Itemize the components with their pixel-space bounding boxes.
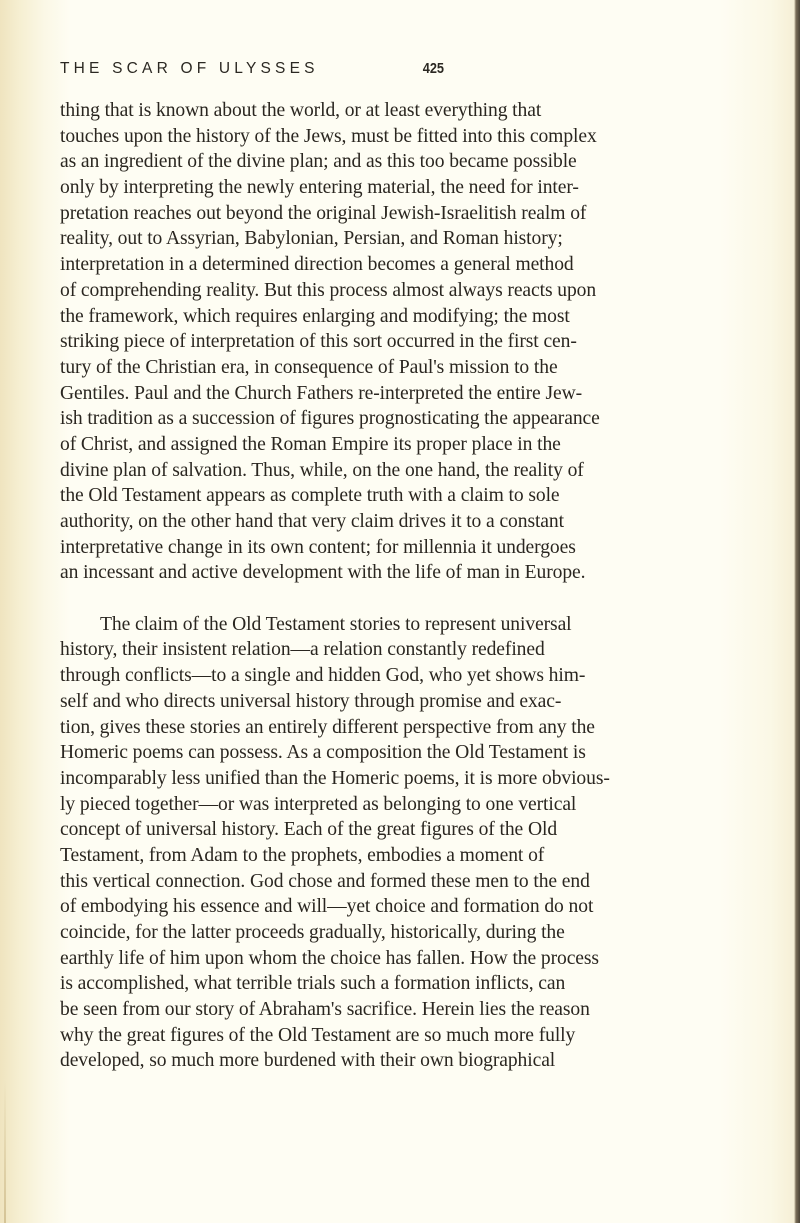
page-gutter-edge: [4, 1080, 6, 1223]
text-line: The claim of the Old Testament stories t…: [60, 612, 482, 638]
text-line: ish tradition as a succession of figures…: [60, 406, 482, 432]
text-line: of comprehending reality. But this proce…: [60, 278, 482, 304]
text-line: an incessant and active development with…: [60, 560, 482, 586]
text-line: earthly life of him upon whom the choice…: [60, 946, 482, 972]
text-line: why the great figures of the Old Testame…: [60, 1023, 482, 1049]
book-page: THE SCAR OF ULYSSES 425 thing that is kn…: [0, 0, 800, 1223]
text-line: only by interpreting the newly entering …: [60, 175, 482, 201]
text-line: self and who directs universal history t…: [60, 689, 482, 715]
text-line: of Christ, and assigned the Roman Empire…: [60, 432, 482, 458]
text-line: divine plan of salvation. Thus, while, o…: [60, 458, 482, 484]
text-line: developed, so much more burdened with th…: [60, 1048, 482, 1074]
text-line: incomparably less unified than the Homer…: [60, 766, 482, 792]
text-line: interpretative change in its own content…: [60, 535, 482, 561]
text-line: thing that is known about the world, or …: [60, 98, 482, 124]
text-line: ly pieced together—or was interpreted as…: [60, 792, 482, 818]
text-line: pretation reaches out beyond the origina…: [60, 201, 482, 227]
page-number: 425: [422, 60, 444, 77]
paragraph-2: The claim of the Old Testament stories t…: [60, 612, 482, 1074]
text-line: this vertical connection. God chose and …: [60, 869, 482, 895]
text-line: of embodying his essence and will—yet ch…: [60, 894, 482, 920]
text-line: reality, out to Assyrian, Babylonian, Pe…: [60, 226, 482, 252]
text-line: tion, gives these stories an entirely di…: [60, 715, 482, 741]
text-line: coincide, for the latter proceeds gradua…: [60, 920, 482, 946]
body-text: thing that is known about the world, or …: [60, 98, 482, 1074]
text-line: is accomplished, what terrible trials su…: [60, 971, 482, 997]
text-line: history, their insistent relation—a rela…: [60, 637, 482, 663]
text-line: authority, on the other hand that very c…: [60, 509, 482, 535]
text-line: Gentiles. Paul and the Church Fathers re…: [60, 381, 482, 407]
text-line: tury of the Christian era, in consequenc…: [60, 355, 482, 381]
text-line: Testament, from Adam to the prophets, em…: [60, 843, 482, 869]
text-line: the framework, which requires enlarging …: [60, 304, 482, 330]
text-line: Homeric poems can possess. As a composit…: [60, 740, 482, 766]
paragraph-1: thing that is known about the world, or …: [60, 98, 482, 586]
text-line: as an ingredient of the divine plan; and…: [60, 149, 482, 175]
running-head: THE SCAR OF ULYSSES: [60, 60, 440, 78]
paragraph-spacer: [60, 586, 482, 612]
text-line: striking piece of interpretation of this…: [60, 329, 482, 355]
text-line: concept of universal history. Each of th…: [60, 817, 482, 843]
text-line: through conflicts—to a single and hidden…: [60, 663, 482, 689]
text-line: interpretation in a determined direction…: [60, 252, 482, 278]
text-line: touches upon the history of the Jews, mu…: [60, 124, 482, 150]
text-line: the Old Testament appears as complete tr…: [60, 483, 482, 509]
text-line: be seen from our story of Abraham's sacr…: [60, 997, 482, 1023]
